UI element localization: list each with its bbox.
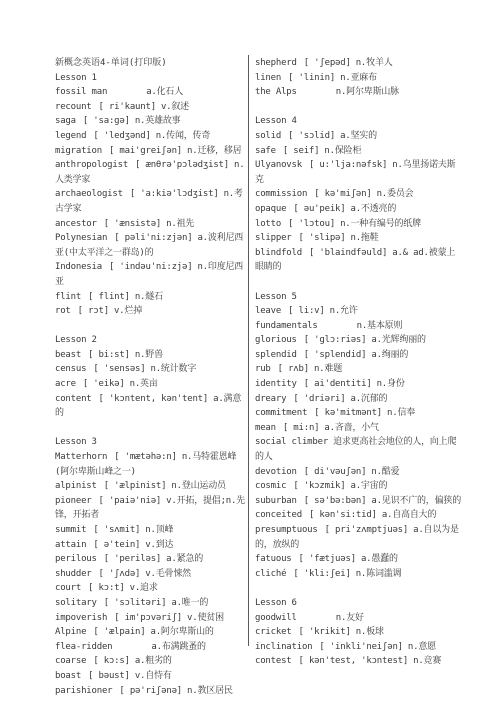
entry-meaning: a.化石人 — [146, 87, 183, 97]
entry-word: lotto — [255, 219, 281, 229]
entry-word: commitment — [255, 408, 307, 418]
entry-word: goodwill — [255, 613, 297, 623]
lesson-header: Lesson 3 — [55, 435, 249, 450]
entry-word: cliché — [255, 569, 286, 579]
entry-meaning: n.竞赛 — [413, 656, 441, 666]
entry-meaning: a.粗劣的 — [135, 656, 172, 666]
entry-phonetic: [ 'ælpain] — [93, 627, 145, 637]
entry-phonetic: [ 'a:kiə'lɔdʒist] — [130, 189, 219, 199]
entry-meaning: a.宇宙的 — [351, 481, 388, 491]
entry-word: census — [55, 364, 86, 374]
word-entry: content[ 'kɔntent, kən'tent]a.满意的 — [55, 392, 249, 421]
entry-word: social climber — [255, 437, 328, 447]
word-entry: pioneer[ 'paiə'niə]v.开拓，提倡;n.先锋，开拓者 — [55, 494, 249, 523]
word-entry: acre[ 'eikə]n.英亩 — [55, 377, 249, 392]
entry-meaning: a.唯一的 — [171, 598, 208, 608]
word-entry: perilous[ 'periləs]a.紧急的 — [55, 552, 249, 567]
entry-meaning: n.身份 — [377, 379, 405, 389]
entry-meaning: n.基本原则 — [357, 321, 403, 331]
word-entry: conceited[ kən'si:tid]a.自高自大的 — [255, 508, 463, 523]
entry-phonetic: [ 'kli:ʃei] — [293, 569, 350, 579]
word-entry: cliché[ 'kli:ʃei]n.陈词滥调 — [255, 567, 463, 582]
entry-meaning: a.布满跳蚤的 — [151, 642, 205, 652]
entry-phonetic: [ mi:n] — [283, 423, 320, 433]
entry-phonetic: [ kən'si:tid] — [309, 510, 377, 520]
entry-meaning: n.阿尔卑斯山脉 — [336, 87, 399, 97]
entry-word: boast — [55, 671, 81, 681]
word-entry: flint[ flint]n.燧石 — [55, 290, 249, 305]
entry-meaning: n.友好 — [336, 613, 364, 623]
word-entry: suburban[ sə'bə:bən]a.见识不广的，偏狭的 — [255, 494, 463, 509]
entry-phonetic: [ pəli'ni:zjən] — [114, 233, 192, 243]
entry-word: Polynesian — [55, 233, 107, 243]
word-entry: linen[ 'linin]n.亚麻布 — [255, 71, 463, 86]
entry-meaning: v.叙述 — [161, 102, 189, 112]
entry-word: cosmic — [255, 481, 286, 491]
word-entry: safe[ seif]n.保险柜 — [255, 144, 463, 159]
entry-phonetic: [ seif] — [283, 146, 320, 156]
entry-phonetic: [ 'sensəs] — [93, 364, 145, 374]
word-entry: legend[ 'ledʒənd]n.传闻，传奇 — [55, 129, 249, 144]
entry-word: recount — [55, 102, 92, 112]
entry-meaning: n.教区居民 — [187, 686, 233, 696]
word-entry: contest[ kən'test, 'kɔntest]n.竞赛 — [255, 654, 463, 669]
entry-word: conceited — [255, 510, 302, 520]
entry-phonetic: [ əu'peik] — [293, 204, 345, 214]
word-entry: shudder[ 'ʃʌdə]v.毛骨悚然 — [55, 567, 249, 582]
word-entry: beast[ bi:st]n.野兽 — [55, 348, 249, 363]
word-entry: fatuous[ 'fætjuəs]a.愚蠢的 — [255, 552, 463, 567]
word-entry: saga[ 'sa:gə]n.英雄故事 — [55, 114, 249, 129]
entry-meaning: a.坚实的 — [340, 131, 377, 141]
entry-phonetic: [ 'linin] — [288, 73, 335, 83]
entry-phonetic: [ li:v] — [288, 306, 325, 316]
entry-phonetic: [ 'slipə] — [299, 233, 346, 243]
entry-word: mean — [255, 423, 276, 433]
entry-phonetic: [ 'krikit] — [299, 627, 351, 637]
entry-phonetic: [ 'glɔ:riəs] — [304, 335, 367, 345]
entry-phonetic: [ ri'kaunt] — [99, 102, 156, 112]
entry-meaning: n.委员会 — [377, 189, 414, 199]
entry-meaning: a.自高自大的 — [382, 510, 436, 520]
entry-phonetic: [ 'ʃʌdə] — [99, 569, 141, 579]
entry-word: the Alps — [255, 87, 297, 97]
entry-word: blindfold — [255, 248, 302, 258]
word-entry: Indonesia[ 'indəu'ni:zjə]n.印度尼西亚 — [55, 260, 249, 289]
entry-phonetic: [ 'ʃepəd] — [304, 58, 351, 68]
entry-phonetic: [ kə'mitmənt] — [314, 408, 382, 418]
word-entry: Matterhorn[ 'mætəhə:n]n.马特霍恩峰(阿尔卑斯山峰之一) — [55, 450, 249, 479]
entry-phonetic: [ 'sɔlitəri] — [104, 598, 167, 608]
entry-phonetic: [ 'kɔntent, kən'tent] — [99, 394, 209, 404]
word-entry: rub[ rʌb]n.难题 — [255, 362, 463, 377]
entry-word: solid — [255, 131, 281, 141]
entry-phonetic: [ rɔt] — [78, 306, 109, 316]
entry-meaning: n.意愿 — [408, 642, 436, 652]
entry-phonetic: [ u:'lja:nəfsk] — [309, 160, 387, 170]
entry-word: fundamentals — [255, 321, 318, 331]
entry-phonetic: [ rʌb] — [278, 364, 309, 374]
word-entry: alpinist[ 'ælpinist]n.登山运动员 — [55, 479, 249, 494]
word-entry: identity[ ai'dentiti]n.身份 — [255, 377, 463, 392]
entry-meaning: n.祖先 — [166, 219, 194, 229]
entry-meaning: v.到达 — [145, 540, 173, 550]
entry-phonetic: [ pə'riʃənə] — [119, 686, 182, 696]
word-entry: summit[ 'sʌmit]n.顶峰 — [55, 523, 249, 538]
entry-word: migration — [55, 146, 102, 156]
entry-word: parishioner — [55, 686, 112, 696]
entry-meaning: n.亚麻布 — [340, 73, 377, 83]
word-entry: glorious[ 'glɔ:riəs]a.光辉绚丽的 — [255, 333, 463, 348]
entry-meaning: n.牧羊人 — [356, 58, 393, 68]
entry-word: Matterhorn — [55, 452, 107, 462]
entry-word: coarse — [55, 656, 86, 666]
entry-meaning: a.阿尔卑斯山的 — [151, 627, 214, 637]
entry-meaning: v.使贫困 — [187, 613, 224, 623]
lesson-header: Lesson 6 — [255, 596, 463, 611]
entry-phonetic: [ flint] — [88, 292, 130, 302]
entry-meaning: n.拖鞋 — [351, 233, 379, 243]
word-entry: boast[ bəust]v.自恃有 — [55, 669, 249, 684]
entry-meaning: n.英亩 — [130, 379, 158, 389]
entry-phonetic: [ kən'test, 'kɔntest] — [299, 656, 409, 666]
entry-phonetic: [ 'lɔtou] — [288, 219, 335, 229]
word-entry: dreary[ 'driəri]a.沉郁的 — [255, 392, 463, 407]
word-entry: lotto[ 'lɔtou]n.一种有编号的纸牌 — [255, 217, 463, 232]
entry-phonetic: [ mai'greiʃən] — [109, 146, 182, 156]
word-entry: solitary[ 'sɔlitəri]a.唯一的 — [55, 596, 249, 611]
word-entry: attain[ ə'tein]v.到达 — [55, 538, 249, 553]
entry-phonetic: [ 'driəri] — [293, 394, 345, 404]
entry-word: leave — [255, 306, 281, 316]
entry-meaning: n.登山运动员 — [171, 481, 225, 491]
lesson-header: Lesson 2 — [55, 333, 249, 348]
word-entry: solid[ 'sɔlid]a.坚实的 — [255, 129, 463, 144]
word-entry: cricket[ 'krikit]n.板球 — [255, 625, 463, 640]
entry-phonetic: [ 'periləs] — [104, 554, 161, 564]
entry-meaning: n.统计数字 — [151, 364, 197, 374]
entry-phonetic: [ 'ænsistə] — [104, 219, 161, 229]
word-entry: fundamentalsn.基本原则 — [255, 319, 463, 334]
entry-phonetic: [ 'fætjuəs] — [299, 554, 356, 564]
entry-word: ancestor — [55, 219, 97, 229]
word-entry: commitment[ kə'mitmənt]n.信奉 — [255, 406, 463, 421]
entry-phonetic: [ ə'tein] — [93, 540, 140, 550]
entry-meaning: a.愚蠢的 — [361, 554, 398, 564]
entry-word: content — [55, 394, 92, 404]
entry-meaning: v.自恃有 — [135, 671, 172, 681]
entry-meaning: n.顶峰 — [145, 525, 173, 535]
entry-phonetic: [ 'ledʒənd] — [93, 131, 150, 141]
entry-phonetic: [ ai'dentiti] — [304, 379, 372, 389]
entry-meaning: n.一种有编号的纸牌 — [340, 219, 421, 229]
entry-meaning: n.信奉 — [387, 408, 415, 418]
word-entry: slipper[ 'slipə]n.拖鞋 — [255, 231, 463, 246]
entry-word: opaque — [255, 204, 286, 214]
entry-word: splendid — [255, 350, 297, 360]
entry-phonetic: [ di'vəuʃən] — [304, 467, 367, 477]
entry-phonetic: [ 'splendid] — [304, 350, 367, 360]
entry-meaning: a.紧急的 — [166, 554, 203, 564]
entry-phonetic: [ 'sa:gə] — [83, 116, 130, 126]
entry-meaning: a.吝啬，小气 — [324, 423, 378, 433]
entry-word: alpinist — [55, 481, 97, 491]
word-entry: impoverish[ im'pɔvəriʃ]v.使贫困 — [55, 611, 249, 626]
entry-meaning: n.英雄故事 — [135, 116, 181, 126]
word-entry: Alpine[ 'ælpain]a.阿尔卑斯山的 — [55, 625, 249, 640]
word-entry: court[ kɔ:t]v.追求 — [55, 581, 249, 596]
entry-meaning: n.难题 — [314, 364, 342, 374]
entry-word: Alpine — [55, 627, 86, 637]
lesson-header: Lesson 1 — [55, 71, 249, 86]
entry-phonetic: [ kɔ:s] — [93, 656, 130, 666]
entry-phonetic: [ kɔ:t] — [88, 583, 125, 593]
word-entry: Ulyanovsk[ u:'lja:nəfsk]n.乌里扬诺夫斯克 — [255, 158, 463, 187]
entry-word: rub — [255, 364, 271, 374]
entry-meaning: a.不透亮的 — [351, 204, 397, 214]
entry-meaning: a.光辉绚丽的 — [371, 335, 425, 345]
word-entry: inclination[ 'inkli'neiʃən]n.意愿 — [255, 640, 463, 655]
entry-word: cricket — [255, 627, 292, 637]
entry-meaning: n.陈词滥调 — [356, 569, 402, 579]
entry-word: fatuous — [255, 554, 292, 564]
entry-phonetic: [ 'sʌmit] — [93, 525, 140, 535]
word-entry: the Alpsn.阿尔卑斯山脉 — [255, 85, 463, 100]
entry-word: flint — [55, 292, 81, 302]
entry-word: linen — [255, 73, 281, 83]
entry-phonetic: [ bəust] — [88, 671, 130, 681]
lesson-header: Lesson 5 — [255, 290, 463, 305]
entry-meaning: n.迁移，移居 — [187, 146, 241, 156]
entry-word: safe — [255, 146, 276, 156]
entry-phonetic: [ 'inkli'neiʃən] — [319, 642, 403, 652]
entry-phonetic: [ 'eikə] — [83, 379, 125, 389]
entry-word: commission — [255, 189, 307, 199]
entry-word: legend — [55, 131, 86, 141]
entry-meaning: a.见识不广的，偏狭的 — [371, 496, 461, 506]
entry-word: identity — [255, 379, 297, 389]
word-entry: presumptuous[ pri'zʌmptjuəs]a.自以为是的，放纵的 — [255, 523, 463, 552]
entry-word: acre — [55, 379, 76, 389]
lesson-header: Lesson 4 — [255, 114, 463, 129]
entry-word: presumptuous — [255, 525, 318, 535]
entry-phonetic: [ pri'zʌmptjuəs] — [325, 525, 409, 535]
entry-word: beast — [55, 350, 81, 360]
word-entry: social climber追求更高社会地位的人，向上爬的人 — [255, 435, 463, 464]
word-entry: goodwilln.友好 — [255, 611, 463, 626]
entry-word: glorious — [255, 335, 297, 345]
word-entry: shepherd[ 'ʃepəd]n.牧羊人 — [255, 56, 463, 71]
entry-word: suburban — [255, 496, 297, 506]
entry-phonetic: [ 'paiə'niə] — [99, 496, 162, 506]
entry-meaning: a.绚丽的 — [371, 350, 408, 360]
entry-word: devotion — [255, 467, 297, 477]
entry-phonetic: [ 'indəu'ni:zjə] — [109, 262, 193, 272]
word-entry: census[ 'sensəs]n.统计数字 — [55, 362, 249, 377]
word-entry: Polynesian[ pəli'ni:zjən]a.波利尼西亚(中太平洋之一群… — [55, 231, 249, 260]
entry-word: slipper — [255, 233, 292, 243]
entry-word: shepherd — [255, 58, 297, 68]
entry-phonetic: [ 'blaindfəuld] — [309, 248, 387, 258]
entry-word: pioneer — [55, 496, 92, 506]
entry-meaning: v.追求 — [130, 583, 158, 593]
entry-meaning: v.烂掉 — [114, 306, 142, 316]
entry-meaning: n.燧石 — [135, 292, 163, 302]
entry-word: saga — [55, 116, 76, 126]
entry-phonetic: [ ænθrə'pɔlədʒist] — [135, 160, 229, 170]
word-entry: parishioner[ pə'riʃənə]n.教区居民 — [55, 684, 249, 699]
entry-word: impoverish — [55, 613, 107, 623]
entry-word: summit — [55, 525, 86, 535]
entry-word: shudder — [55, 569, 92, 579]
entry-meaning: a.沉郁的 — [351, 394, 388, 404]
word-entry: coarse[ kɔ:s]a.粗劣的 — [55, 654, 249, 669]
word-entry: fossil mana.化石人 — [55, 85, 249, 100]
entry-phonetic: [ 'kɔzmik] — [293, 481, 345, 491]
entry-word: court — [55, 583, 81, 593]
entry-phonetic: [ 'sɔlid] — [288, 131, 335, 141]
word-entry: splendid[ 'splendid]a.绚丽的 — [255, 348, 463, 363]
entry-word: inclination — [255, 642, 312, 652]
entry-word: archaeologist — [55, 189, 123, 199]
entry-word: rot — [55, 306, 71, 316]
entry-phonetic: [ bi:st] — [88, 350, 130, 360]
entry-word: anthropologist — [55, 160, 128, 170]
entry-word: attain — [55, 540, 86, 550]
entry-phonetic: [ kə'miʃən] — [314, 189, 371, 199]
word-entry: archaeologist[ 'a:kiə'lɔdʒist]n.考古学家 — [55, 187, 249, 216]
word-entry: blindfold[ 'blaindfəuld]a.& ad.被蒙上眼睛的 — [255, 246, 463, 275]
word-entry: flea-riddena.布满跳蚤的 — [55, 640, 249, 655]
word-entry: cosmic[ 'kɔzmik]a.宇宙的 — [255, 479, 463, 494]
entry-phonetic: [ im'pɔvəriʃ] — [114, 613, 182, 623]
word-entry: ancestor[ 'ænsistə]n.祖先 — [55, 217, 249, 232]
left-column: 新概念英语4-单词(打印版)Lesson 1fossil mana.化石人rec… — [55, 56, 249, 698]
entry-meaning: n.保险柜 — [324, 146, 361, 156]
entry-word: dreary — [255, 394, 286, 404]
entry-word: flea-ridden — [55, 642, 112, 652]
doc-title: 新概念英语4-单词(打印版) — [55, 56, 249, 71]
word-entry: recount[ ri'kaunt]v.叙述 — [55, 100, 249, 115]
entry-meaning: n.允许 — [330, 306, 358, 316]
entry-meaning: n.酷爱 — [371, 467, 399, 477]
entry-meaning: n.传闻，传奇 — [156, 131, 210, 141]
word-entry: opaque[ əu'peik]a.不透亮的 — [255, 202, 463, 217]
entry-phonetic: [ sə'bə:bən] — [304, 496, 367, 506]
word-entry: migration[ mai'greiʃən]n.迁移，移居 — [55, 144, 249, 159]
word-entry: commission[ kə'miʃən]n.委员会 — [255, 187, 463, 202]
word-entry: rot[ rɔt]v.烂掉 — [55, 304, 249, 319]
entry-meaning: v.毛骨悚然 — [145, 569, 191, 579]
entry-word: solitary — [55, 598, 97, 608]
right-column: shepherd[ 'ʃepəd]n.牧羊人linen[ 'linin]n.亚麻… — [255, 56, 463, 669]
word-entry: mean[ mi:n]a.吝啬，小气 — [255, 421, 463, 436]
entry-meaning: n.板球 — [356, 627, 384, 637]
word-entry: devotion[ di'vəuʃən]n.酷爱 — [255, 465, 463, 480]
entry-meaning: n.野兽 — [135, 350, 163, 360]
entry-phonetic: [ 'mætəhə:n] — [114, 452, 177, 462]
entry-word: Indonesia — [55, 262, 102, 272]
word-entry: anthropologist[ ænθrə'pɔlədʒist]n.人类学家 — [55, 158, 249, 187]
entry-word: fossil man — [55, 87, 107, 97]
entry-phonetic: [ 'ælpinist] — [104, 481, 167, 491]
word-entry: leave[ li:v]n.允许 — [255, 304, 463, 319]
entry-word: Ulyanovsk — [255, 160, 302, 170]
entry-word: contest — [255, 656, 292, 666]
entry-word: perilous — [55, 554, 97, 564]
